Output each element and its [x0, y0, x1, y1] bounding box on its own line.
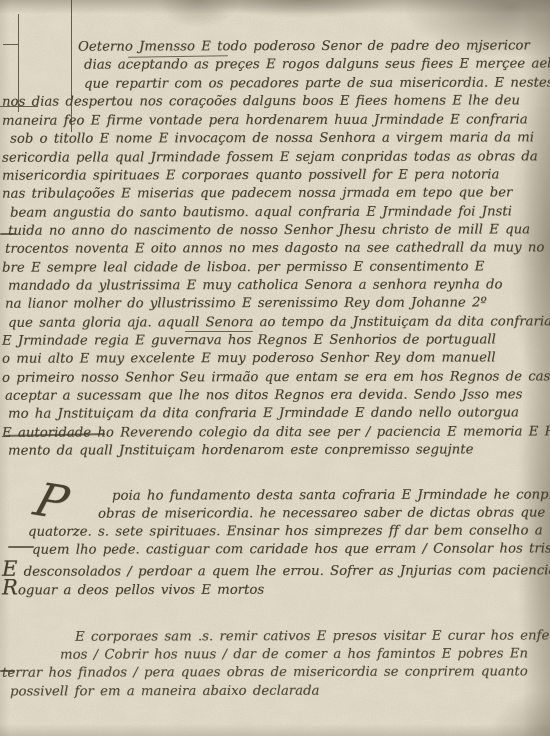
manuscript-line: o primeiro nosso Senhor Seu irmaão que e…	[2, 368, 550, 388]
manuscript-line: nas tribulaçoões E miserias que padecem …	[2, 184, 512, 203]
manuscript-line: E autoridade ho Reverendo colegio da dit…	[2, 423, 550, 443]
manuscript-line: sericordia pella qual Jrmindade fossem E…	[2, 148, 538, 167]
manuscript-line: quatorze. s. sete spirituaes. Ensinar ho…	[28, 522, 543, 541]
manuscript-line: obras de misericordia. he necessareo sab…	[98, 504, 550, 523]
manuscript-line: mo ha Jnstituiçam da dita confraria E Jr…	[8, 404, 519, 423]
manuscript-line: Oeterno Jmensso E todo poderoso Senor de…	[78, 37, 530, 56]
manuscript-line: mento da quall Jnstituiçam hordenarom es…	[8, 441, 473, 460]
manuscript-line: E Jrmindade regia E guvernava hos Regnos…	[2, 331, 496, 350]
manuscript-line: que repartir com os pecadores parte de s…	[84, 74, 550, 93]
manuscript-line: trocentos noventa E oito annos no mes da…	[5, 239, 544, 258]
manuscript-line: nos dias despertou nos coraçoões dalguns…	[2, 92, 520, 111]
flourished-initial: P	[29, 476, 73, 525]
manuscript-page: Oeterno Jmensso E todo poderoso Senor de…	[0, 0, 550, 736]
manuscript-line: aceptar a sucessam que lhe nos ditos Reg…	[5, 386, 522, 405]
manuscript-line: beam angustia do santo bautismo. aqual c…	[10, 203, 512, 222]
manuscript-line: possivell for em a maneira abaixo declar…	[10, 683, 319, 702]
manuscript-line: tuida no anno do nascimento de nosso Sen…	[8, 221, 530, 240]
manuscript-line: quem lho pede. castiguar com caridade ho…	[32, 540, 550, 559]
manuscript-line: terrar hos finados / pera quaes obras de…	[2, 663, 528, 682]
manuscript-line: sob o titollo E nome E invocaçom de noss…	[10, 129, 534, 148]
manuscript-line: o mui alto E muy excelente E muy poderos…	[2, 349, 496, 368]
manuscript-line: mos / Cobrir hos nuus / dar de comer a h…	[60, 645, 528, 664]
manuscript-line: maneira feo E firme vontade pera hordena…	[2, 111, 528, 130]
ink-underline	[8, 546, 34, 548]
margin-tick	[3, 44, 18, 45]
manuscript-line: Roguar a deos pellos vivos E mortos	[2, 578, 264, 601]
manuscript-line: bre E sempre leal cidade de lisboa. per …	[2, 258, 484, 277]
manuscript-line: dias aceptando as preçes E rogos dalguns…	[84, 55, 550, 74]
manuscript-line: que santa gloria aja. aquall Senora ao t…	[8, 313, 550, 332]
manuscript-line: misericordia spirituaes E corporaes quan…	[2, 166, 499, 185]
manuscript-line: na lianor molher do yllustrissimo E sere…	[5, 294, 487, 313]
manuscript-line: E corporaes sam .s. remir cativos E pres…	[75, 627, 550, 646]
manuscript-line: mandado da ylustrissima E muy catholica …	[8, 276, 502, 295]
manuscript-line: poia ho fundamento desta santa cofraria …	[112, 486, 550, 505]
